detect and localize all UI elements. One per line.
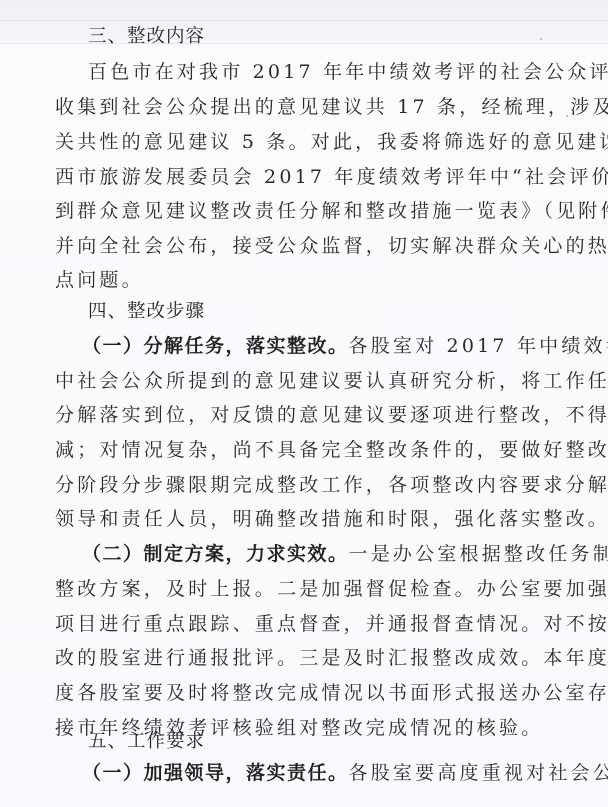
paragraph-line: 点问题。 <box>55 269 555 291</box>
paragraph-line: 百色市在对我市 2017 年年中绩效考评的社会公众评议中， <box>88 61 588 83</box>
subsection-lead: （一）分解任务，落实整改。 <box>82 335 349 357</box>
paragraph-text: 各股室对 2017 年中绩效考评 <box>349 335 608 357</box>
paragraph-line: 到群众意见建议整改责任分解和整改措施一览表》（见附件）， <box>55 200 555 222</box>
paragraph-text: 各股室要高度重视对社会公众 <box>349 762 608 784</box>
paragraph-line: 整改方案，及时上报。二是加强督促检查。办公室要加强对整改 <box>55 578 555 600</box>
paragraph-first-line: （一）加强领导，落实责任。各股室要高度重视对社会公众 <box>82 762 582 784</box>
paragraph-text: 一是办公室根据整改任务制定 <box>349 543 608 565</box>
paragraph-line: 分阶段分步骤限期完成整改工作，各项整改内容要求分解到分管 <box>55 474 555 496</box>
section-heading-3: 三、整改内容 <box>88 26 588 48</box>
paragraph-line: 关共性的意见建议 5 条。对此，我委将筛选好的意见建议形成《靖 <box>55 131 555 153</box>
paragraph-line: 西市旅游发展委员会 2017 年度绩效考评年中“社会评价”征求 <box>55 166 555 188</box>
paragraph-line: 项目进行重点跟踪、重点督查，并通报督查情况。对不按要求整 <box>55 613 555 635</box>
scanned-page: 三、整改内容 百色市在对我市 2017 年年中绩效考评的社会公众评议中， 收集到… <box>0 0 608 807</box>
scan-artifact <box>0 20 608 21</box>
paragraph-line: 领导和责任人员，明确整改措施和时限，强化落实整改。 <box>55 508 555 530</box>
paragraph-line: 并向全社会公布，接受公众监督，切实解决群众关心的热点、难 <box>55 235 555 257</box>
section-heading-4: 四、整改步骤 <box>88 301 588 323</box>
paragraph-first-line: （一）分解任务，落实整改。各股室对 2017 年中绩效考评 <box>82 335 582 357</box>
subsection-lead: （二）制定方案，力求实效。 <box>82 543 349 565</box>
paragraph-line: 改的股室进行通报批评。三是及时汇报整改成效。本年度第四季 <box>55 647 555 669</box>
paragraph-line: 分解落实到位，对反馈的意见建议要逐项进行整改，不得随意删 <box>55 404 555 426</box>
paragraph-first-line: （二）制定方案，力求实效。一是办公室根据整改任务制定 <box>82 543 582 565</box>
paragraph-line: 度各股室要及时将整改完成情况以书面形式报送办公室存档迎 <box>55 682 555 704</box>
paragraph-line: 收集到社会公众提出的意见建议共 17 条，经梳理，涉及我委相 <box>55 96 555 118</box>
paragraph-line: 中社会公众所提到的意见建议要认真研究分析，将工作任务逐项 <box>55 370 555 392</box>
section-heading-5: 五、工作要求 <box>88 731 588 753</box>
subsection-lead: （一）加强领导，落实责任。 <box>82 762 349 784</box>
paragraph-line: 减；对情况复杂，尚不具备完全整改条件的，要做好整改计划， <box>55 439 555 461</box>
